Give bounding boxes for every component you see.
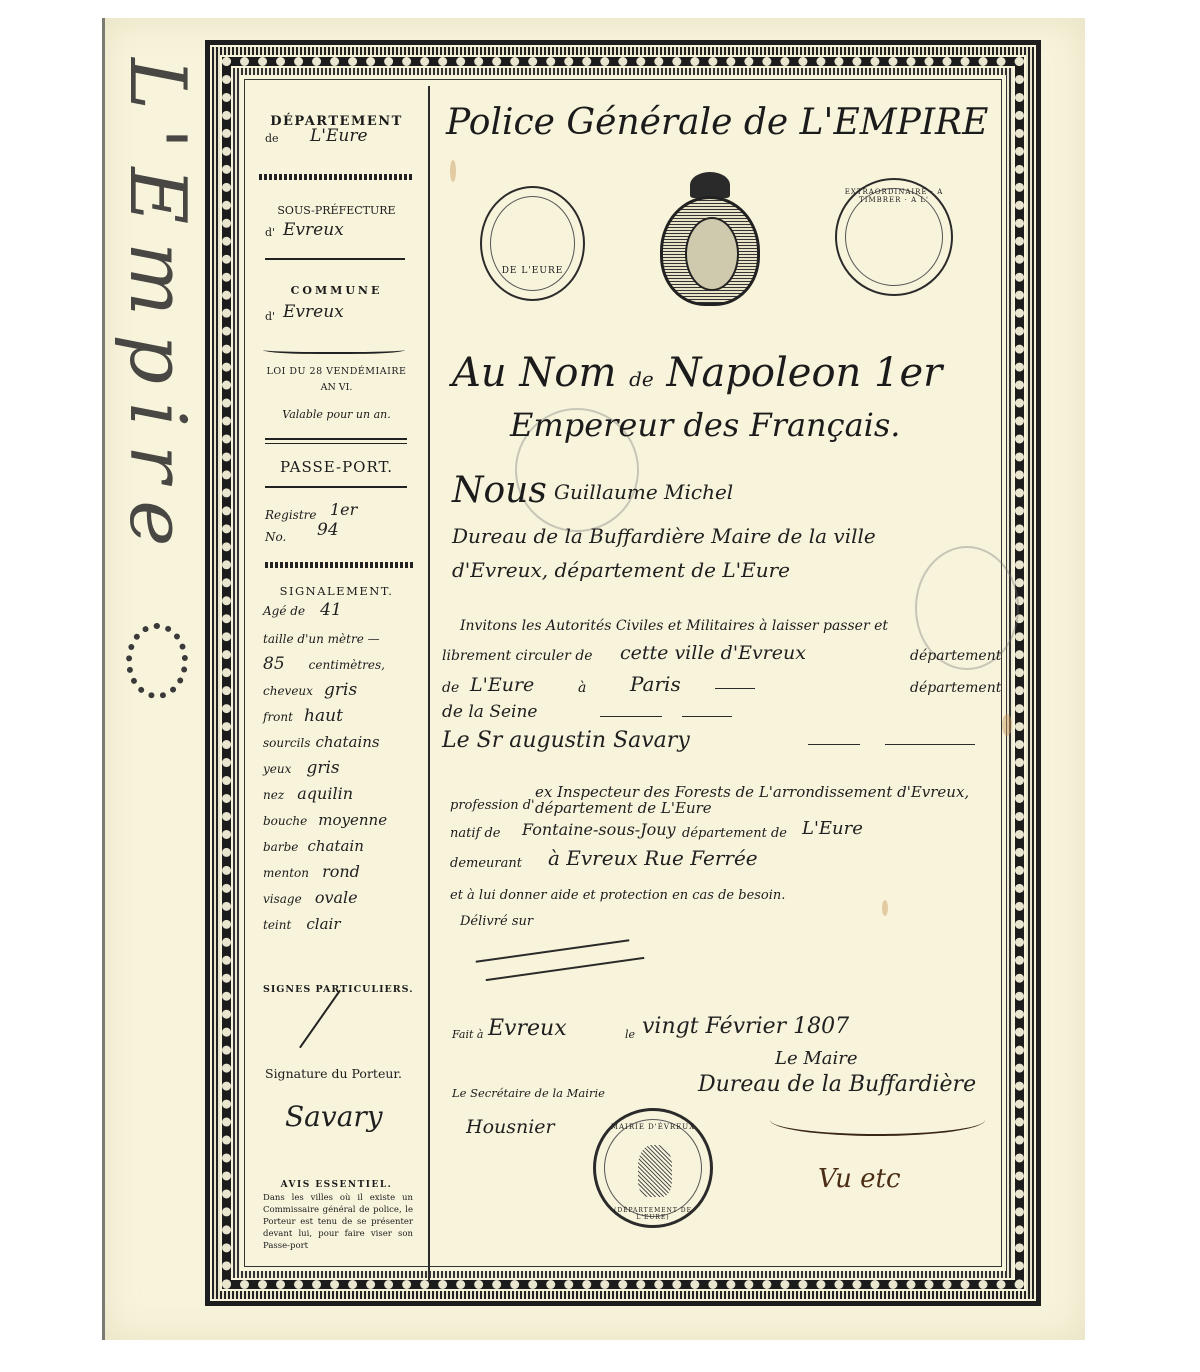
natif-value: Fontaine-sous-Jouy — [522, 820, 676, 839]
line3-a: à — [578, 680, 586, 696]
mayor-line2: d'Evreux, département de L'Eure — [452, 558, 790, 582]
stain — [882, 900, 888, 916]
double-rule-top — [265, 438, 407, 440]
signalement-list: Agé de 41 taille d'un mètre — 85centimèt… — [263, 600, 423, 940]
eagle-icon — [638, 1145, 672, 1197]
bearer-name: Le Sr augustin Savary — [442, 728, 690, 753]
signalement-row: menton rond — [263, 862, 423, 888]
departement-word: département — [910, 648, 1001, 664]
field-label: taille d'un mètre — — [263, 632, 380, 646]
secretaire-label: Le Secrétaire de la Mairie — [452, 1086, 605, 1100]
profession-label: profession d' — [450, 798, 535, 813]
date-label: le — [625, 1028, 635, 1041]
vu-note: Vu etc — [818, 1164, 901, 1194]
imperial-arms-icon — [650, 172, 770, 317]
stain — [450, 160, 456, 182]
registre-label: Registre — [265, 508, 316, 522]
natif-label: natif de — [450, 826, 500, 841]
field-label: bouche — [263, 814, 307, 828]
field-value: aquilin — [297, 784, 353, 803]
seal-right-text: EXTRAORDINAIRE · A TIMBRER · A L' — [837, 188, 951, 204]
field-value: moyenne — [318, 811, 387, 829]
field-label: menton — [263, 866, 309, 880]
signalement-row: visage ovale — [263, 888, 423, 914]
avis-text: Dans les villes où il existe un Commissa… — [263, 1192, 413, 1252]
departement-value: L'Eure — [310, 126, 368, 146]
field-value: gris — [324, 680, 357, 700]
signalement-row: sourcils chatains — [263, 732, 423, 758]
nous-value: Guillaume Michel — [554, 480, 733, 504]
field-value: gris — [306, 758, 339, 778]
title-au-nom: Au Nom — [452, 350, 616, 396]
stamp-top-text: MAIRIE D'ÉVREUX — [596, 1123, 710, 1131]
origin-city: cette ville d'Evreux — [620, 642, 806, 664]
destination-department: de la Seine — [442, 702, 537, 722]
stain — [1002, 714, 1012, 736]
stub-flourish: L'Empire — [112, 58, 202, 1338]
loi-line2: AN VI. — [245, 382, 428, 393]
date-value: vingt Février 1807 — [642, 1014, 849, 1039]
commune-label: COMMUNE — [245, 284, 428, 297]
fill-line — [885, 744, 975, 745]
fill-line — [682, 716, 732, 717]
loi-line1: LOI DU 28 VENDÉMIAIRE — [245, 366, 428, 377]
field-label: nez — [263, 788, 284, 802]
signalement-row: Agé de 41 — [263, 600, 423, 628]
signalement-row: teint clair — [263, 914, 423, 940]
field-label: yeux — [263, 762, 291, 776]
nous-label: Nous — [452, 470, 547, 511]
bearer-signature: Savary — [285, 1100, 383, 1133]
field-label: visage — [263, 892, 302, 906]
seal-left: DE L'EURE — [480, 186, 585, 301]
field-value: haut — [304, 706, 343, 726]
fait-place: Evreux — [488, 1016, 567, 1041]
signalement-row: 85centimètres, — [263, 654, 423, 680]
title-napoleon: Napoleon 1er — [666, 350, 942, 396]
departement-prefix: de — [265, 132, 279, 145]
fill-line — [715, 688, 755, 689]
fill-line — [808, 744, 860, 745]
field-label: sourcils — [263, 736, 310, 750]
field-label: front — [263, 710, 293, 724]
field-label: teint — [263, 918, 291, 932]
profession-value: ex Inspecteur des Forests de L'arrondiss… — [535, 784, 1005, 816]
passport-body: Police Générale de L'EMPIRE DE L'EURE EX… — [430, 88, 1010, 1278]
origin-department: L'Eure — [470, 674, 534, 696]
field-value: rond — [322, 862, 360, 881]
brace-divider — [263, 344, 405, 354]
mayor-line: Dureau de la Buffardière Maire de la vil… — [452, 524, 876, 548]
cancel-stroke — [486, 957, 645, 981]
stub-column: DÉPARTEMENT de L'Eure SOUS-PRÉFECTURE d'… — [245, 88, 428, 1278]
secretaire-signature: Housnier — [466, 1116, 555, 1138]
delivre-label: Délivré sur — [460, 914, 533, 929]
invitation-line2-prefix: librement circuler de — [442, 648, 593, 664]
title-de: de — [629, 367, 654, 391]
seal-right: EXTRAORDINAIRE · A TIMBRER · A L' — [835, 178, 953, 296]
line3-prefix: de — [442, 680, 459, 696]
commune-value: Evreux — [283, 302, 344, 322]
header-title: Police Générale de L'EMPIRE — [446, 102, 988, 143]
double-rule-bottom — [265, 443, 407, 444]
numero-label: No. — [265, 530, 286, 544]
signalement-row: barbe chatain — [263, 836, 423, 862]
wavy-divider — [265, 562, 415, 568]
seal-left-text: DE L'EURE — [482, 266, 583, 276]
numero-value: 94 — [317, 520, 339, 540]
signalement-row: taille d'un mètre — — [263, 628, 423, 654]
signature-label: Signature du Porteur. — [265, 1066, 402, 1081]
commune-prefix: d' — [265, 310, 275, 323]
signalement-row: front haut — [263, 706, 423, 732]
field-label: cheveux — [263, 684, 313, 698]
destination-city: Paris — [630, 672, 681, 696]
field-label: Agé de — [263, 604, 305, 618]
signature-stroke — [299, 990, 341, 1048]
wavy-divider — [259, 174, 414, 180]
validity-note: Valable pour un an. — [245, 408, 428, 421]
signalement-row: yeux gris — [263, 758, 423, 784]
maire-signature: Dureau de la Buffardière — [698, 1072, 976, 1097]
title-line1: Au Nom de Napoleon 1er — [452, 350, 942, 396]
signalement-title: SIGNALEMENT. — [245, 584, 428, 598]
signalement-row: bouche moyenne — [263, 810, 423, 836]
aide-text: et à lui donner aide et protection en ca… — [450, 888, 785, 903]
natif-department-value: L'Eure — [802, 818, 863, 839]
field-label: barbe — [263, 840, 298, 854]
wreath-icon — [126, 623, 188, 699]
registre-value: 1er — [330, 500, 357, 519]
departement-word-2: département — [910, 680, 1001, 696]
maire-title: Le Maire — [775, 1048, 858, 1069]
demeurant-label: demeurant — [450, 856, 522, 871]
sous-prefecture-label: SOUS-PRÉFECTURE — [245, 204, 428, 217]
field-label: centimètres, — [309, 658, 385, 672]
avis-title: AVIS ESSENTIEL. — [245, 1180, 428, 1190]
fill-line — [600, 716, 662, 717]
stamp-bottom-text: (DÉPARTEMENT DE L'EURE) — [596, 1207, 710, 1221]
field-value: chatains — [316, 733, 380, 751]
mairie-stamp: MAIRIE D'ÉVREUX (DÉPARTEMENT DE L'EURE) — [593, 1108, 713, 1228]
cancel-stroke — [476, 939, 630, 963]
field-value: 41 — [320, 600, 342, 620]
divider — [265, 486, 407, 488]
field-value: chatain — [307, 837, 363, 855]
invitation-line1: Invitons les Autorités Civiles et Milita… — [460, 618, 888, 634]
field-value: 85 — [263, 654, 285, 674]
natif-department-label: département de — [682, 826, 787, 841]
sous-prefecture-value: Evreux — [283, 220, 344, 240]
field-value: clair — [306, 915, 340, 933]
fait-label: Fait à — [452, 1028, 483, 1041]
signalement-row: nez aquilin — [263, 784, 423, 810]
signature-flourish — [770, 1104, 985, 1136]
divider — [265, 258, 405, 260]
demeurant-value: à Evreux Rue Ferrée — [548, 846, 758, 870]
passeport-title: PASSE-PORT. — [245, 458, 428, 476]
title-line2: Empereur des Français. — [510, 406, 900, 444]
seal-ring — [490, 196, 575, 291]
sous-prefecture-prefix: d' — [265, 226, 275, 239]
signalement-row: cheveux gris — [263, 680, 423, 706]
field-value: ovale — [315, 888, 358, 907]
